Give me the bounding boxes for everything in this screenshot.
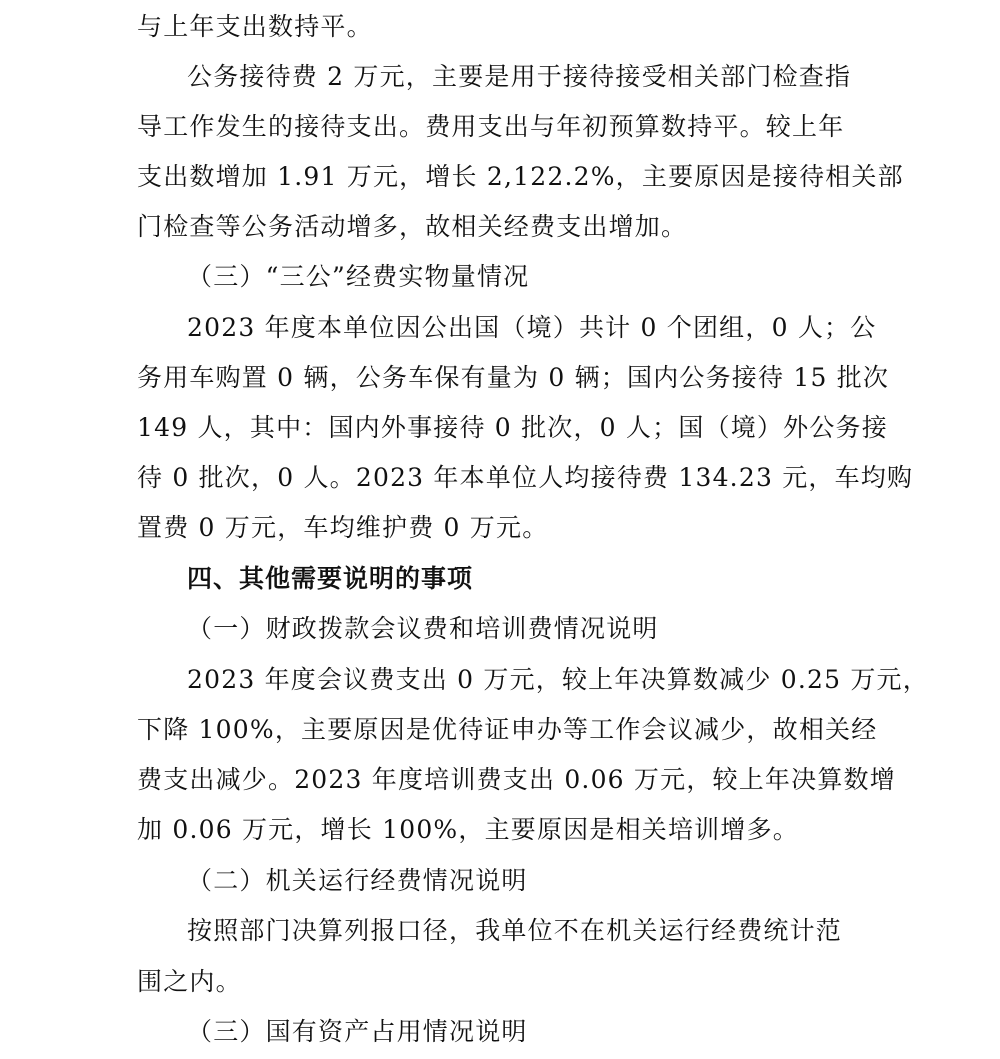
paragraph-line: 按照部门决算列报口径，我单位不在机关运行经费统计范 (187, 906, 842, 956)
paragraph-line: 与上年支出数持平。 (137, 2, 373, 52)
subheading-operating-expenses: （二）机关运行经费情况说明 (187, 856, 528, 906)
document-page: 与上年支出数持平。 公务接待费 2 万元，主要是用于接待接受相关部门检查指 导工… (0, 0, 1000, 1059)
paragraph-line: 支出数增加 1.91 万元，增长 2,122.2%，主要原因是接待相关部 (137, 152, 904, 202)
paragraph-line: 务用车购置 0 辆，公务车保有量为 0 辆；国内公务接待 15 批次 (137, 353, 889, 403)
paragraph-line: 下降 100%，主要原因是优待证申办等工作会议减少，故相关经 (137, 705, 877, 755)
paragraph-line: 149 人，其中：国内外事接待 0 批次，0 人；国（境）外公务接 (137, 403, 888, 453)
section-heading-other-matters: 四、其他需要说明的事项 (187, 554, 473, 604)
paragraph-line: 待 0 批次，0 人。2023 年本单位人均接待费 134.23 元，车均购 (137, 453, 913, 503)
paragraph-line: 2023 年度会议费支出 0 万元，较上年决算数减少 0.25 万元， (187, 655, 929, 705)
paragraph-line: 公务接待费 2 万元，主要是用于接待接受相关部门检查指 (187, 52, 851, 102)
paragraph-line: 费支出减少。2023 年度培训费支出 0.06 万元，较上年决算数增 (137, 755, 896, 805)
paragraph-line: 2023 年度本单位因公出国（境）共计 0 个团组，0 人；公 (187, 303, 876, 353)
subheading-meeting-training-fees: （一）财政拨款会议费和培训费情况说明 (187, 604, 659, 654)
paragraph-line: 门检查等公务活动增多，故相关经费支出增加。 (137, 202, 687, 252)
paragraph-line: 围之内。 (137, 957, 242, 1007)
paragraph-line: 加 0.06 万元，增长 100%，主要原因是相关培训增多。 (137, 805, 799, 855)
subheading-sangong-quantity: （三）“三公”经费实物量情况 (187, 252, 529, 302)
paragraph-line: 置费 0 万元，车均维护费 0 万元。 (137, 503, 548, 553)
subheading-state-assets: （三）国有资产占用情况说明 (187, 1007, 528, 1057)
paragraph-line: 导工作发生的接待支出。费用支出与年初预算数持平。较上年 (137, 102, 844, 152)
